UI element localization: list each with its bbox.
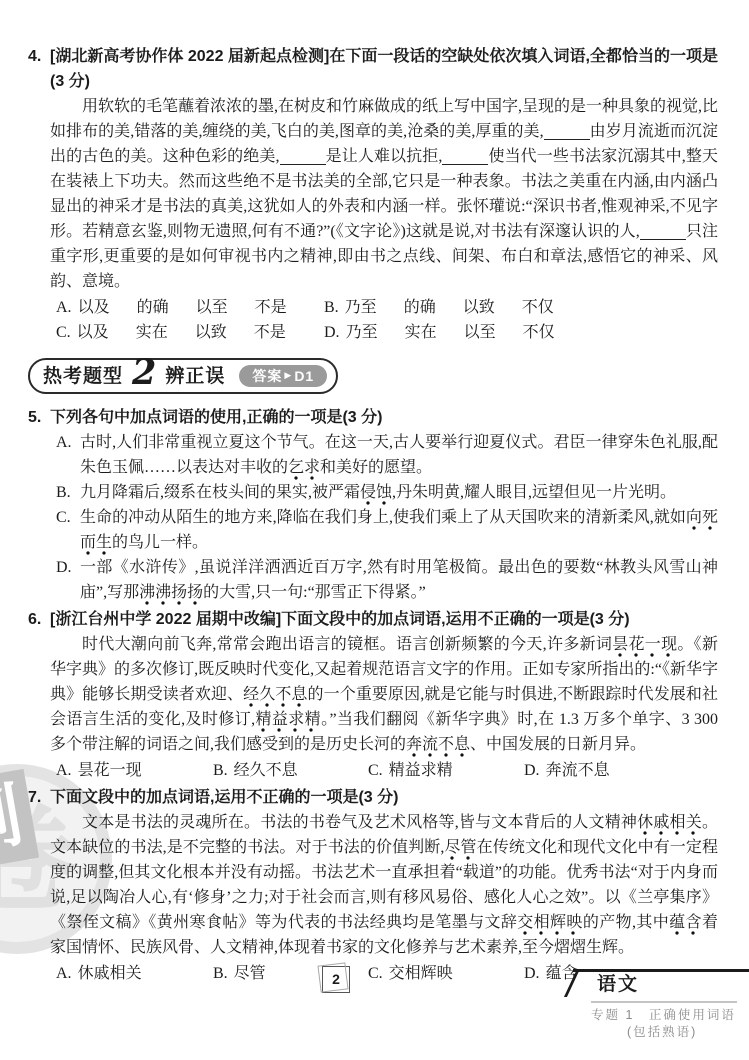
question-6: 6. [浙江台州中学 2022 届期中改编]下面文段中的加点词语,运用不正确的一… <box>30 607 718 783</box>
options-row: A.昙花一现 B.经久不息 C.精益求精 D.奔流不息 <box>56 758 718 783</box>
option-letter: C. <box>56 324 71 341</box>
choice-word: 以至 <box>464 320 496 345</box>
option-c: C.交相辉映 <box>368 961 524 986</box>
section-title: 辨正误 <box>165 367 225 386</box>
option-text: 奔流不息 <box>546 762 610 779</box>
option-b: B.九月降霜后,缀系在枝头间的果实,被严霜侵蚀,丹朱明黄,耀人眼目,远望但见一片… <box>56 480 718 505</box>
text-segment: 的鸟儿一样。 <box>112 534 208 551</box>
option-a: A.休戚相关 <box>56 961 213 986</box>
option-letter: C. <box>368 762 383 779</box>
section-number: 2 <box>132 359 156 387</box>
emphasized-word: 沸沸扬扬 <box>139 584 203 605</box>
footer-divider <box>591 1001 737 1003</box>
fill-in-blank <box>442 149 488 165</box>
text-segment: 时代大潮向前飞奔,常常会跑出语言的镜框。语言创新频繁的今天,许多新词 <box>82 636 612 653</box>
answer-badge-label: 答案 <box>252 368 282 385</box>
choice-word: 不是 <box>254 320 286 345</box>
fill-in-blank <box>640 224 686 240</box>
fill-in-blank <box>280 149 326 165</box>
text-segment: 生命的冲动从陌生的地方来,降临在我们身上,使我们乘上了从天国吹来的清新柔风,就如 <box>80 509 686 526</box>
question-number: 7. <box>28 785 41 810</box>
emphasized-word: 经久不息 <box>243 686 307 707</box>
choice-word: 不仅 <box>523 320 555 345</box>
subject-label: 语文 <box>597 974 639 995</box>
choice-word: 乃至 <box>345 295 377 320</box>
text-segment: 的产物,其中 <box>583 914 669 931</box>
footer-topic-sub: (包括熟语) <box>627 1024 749 1041</box>
option-b: B.乃至的确以致不仅 <box>324 295 718 320</box>
option-words: 以及的确以至不是 <box>78 295 287 320</box>
subject-tab: 语文 <box>573 969 749 1000</box>
option-letter: A. <box>56 430 72 455</box>
option-d: D.乃至实在以至不仅 <box>324 320 718 345</box>
option-text: 昙花一现 <box>78 762 142 779</box>
options-grid: A.以及的确以至不是 B.乃至的确以致不仅 C.以及实在以致不是 D.乃至实在以… <box>56 295 718 345</box>
text-segment: 是让人难以抗拒, <box>326 148 443 165</box>
question-stem: [浙江台州中学 2022 届期中改编]下面文段中的加点词语,运用不正确的一项是(… <box>50 607 718 632</box>
question-stem: 下面文段中的加点词语,运用不正确的一项是(3 分) <box>50 785 718 810</box>
answer-badge: 答案 ▶ D1 <box>239 365 327 388</box>
option-b: B.经久不息 <box>213 758 368 783</box>
choice-word: 以致 <box>463 295 495 320</box>
option-letter: D. <box>324 324 340 341</box>
question-stem: 下列各句中加点词语的使用,正确的一项是(3 分) <box>50 405 718 430</box>
emphasized-word: 蕴含 <box>669 914 702 935</box>
question-passage: 时代大潮向前飞奔,常常会跑出语言的镜框。语言创新频繁的今天,许多新词昙花一现。《… <box>50 632 718 757</box>
section-prefix: 热考题型 <box>43 367 123 386</box>
question-stem: [湖北新高考协作体 2022 届新起点检测]在下面一段话的空缺处依次填入词语,全… <box>50 44 718 94</box>
question-passage: 用软软的毛笔蘸着浓浓的墨,在树皮和竹麻做成的纸上写中国字,呈现的是一种具象的视觉… <box>50 94 718 294</box>
option-letter: A. <box>56 762 72 779</box>
option-letter: C. <box>56 505 71 530</box>
choice-word: 以及 <box>78 295 110 320</box>
question-number: 5. <box>28 405 41 430</box>
choice-word: 乃至 <box>346 320 378 345</box>
option-text: 一部《水浒传》,虽说洋洋洒洒近百万字,然有时用笔极简。最出色的要数“林教头风雪山… <box>80 559 718 605</box>
emphasized-word: 交相辉映 <box>517 914 583 935</box>
question-number: 6. <box>28 607 41 632</box>
option-letter: B. <box>213 762 228 779</box>
footer-topic: 专题 1 正确使用词语 <box>591 1007 749 1024</box>
option-a: A.以及的确以至不是 <box>56 295 324 320</box>
emphasized-word: 尽管 <box>444 839 476 860</box>
option-text: 交相辉映 <box>389 965 453 982</box>
emphasized-word: 精益求精 <box>255 711 321 732</box>
option-c: C.生命的冲动从陌生的地方来,降临在我们身上,使我们乘上了从天国吹来的清新柔风,… <box>56 505 718 555</box>
answer-badge-value: D1 <box>294 368 314 385</box>
option-letter: D. <box>56 555 72 580</box>
choice-word: 不仅 <box>522 295 554 320</box>
option-text: 休戚相关 <box>78 965 142 982</box>
option-letter: B. <box>56 480 71 505</box>
page-content: 4. [湖北新高考协作体 2022 届新起点检测]在下面一段话的空缺处依次填入词… <box>0 0 749 986</box>
choice-word: 以致 <box>195 320 227 345</box>
option-d: D.一部《水浒传》,虽说洋洋洒洒近百万字,然有时用笔极简。最出色的要数“林教头风… <box>56 555 718 605</box>
option-text: 经久不息 <box>234 762 298 779</box>
footer-subject-block: 语文 专题 1 正确使用词语 (包括熟语) <box>573 969 749 1041</box>
option-a: A.昙花一现 <box>56 758 213 783</box>
choice-word: 实在 <box>405 320 437 345</box>
page-number-box: 2 <box>322 966 350 993</box>
text-segment: 的大雪,只一句:“那雪正下得紧。” <box>203 584 426 601</box>
emphasized-word: 乞求 <box>288 459 320 480</box>
text-segment: 、中国发展的日新月异。 <box>470 736 646 753</box>
choice-word: 的确 <box>404 295 436 320</box>
text-segment: 九月降霜后,缀系在枝头间的果实,被严霜 <box>80 484 360 501</box>
emphasized-word: 侵蚀 <box>360 484 392 505</box>
option-letter: B. <box>213 965 228 982</box>
option-text: 生命的冲动从陌生的地方来,降临在我们身上,使我们乘上了从天国吹来的清新柔风,就如… <box>80 509 718 555</box>
option-text: 精益求精 <box>389 762 453 779</box>
option-a: A.古时,人们非常重视立夏这个节气。在这一天,古人要举行迎夏仪式。君臣一律穿朱色… <box>56 430 718 480</box>
option-letter: D. <box>524 965 540 982</box>
question-number: 4. <box>28 44 41 69</box>
option-letter: A. <box>56 299 72 316</box>
exam-page: 卷 刷 4. [湖北新高考协作体 2022 届新起点检测]在下面一段话的空缺处依… <box>0 0 749 1060</box>
section-header-box: 热考题型 2 辨正误 答案 ▶ D1 <box>28 358 338 394</box>
option-text: 古时,人们非常重视立夏这个节气。在这一天,古人要举行迎夏仪式。君臣一律穿朱色礼服… <box>80 434 718 480</box>
emphasized-word: 休戚相关 <box>637 814 702 835</box>
option-letter: B. <box>324 299 339 316</box>
text-segment: 和美好的愿望。 <box>320 459 432 476</box>
choice-word: 的确 <box>137 295 169 320</box>
option-words: 乃至实在以至不仅 <box>346 320 555 345</box>
question-4: 4. [湖北新高考协作体 2022 届新起点检测]在下面一段话的空缺处依次填入词… <box>30 44 718 345</box>
emphasized-word: 奔流不息 <box>406 736 470 757</box>
text-segment: 文本是书法的灵魂所在。书法的书卷气及艺术风格等,皆与文本背后的人文精神 <box>82 814 637 831</box>
option-words: 乃至的确以致不仅 <box>345 295 554 320</box>
choice-word: 不是 <box>255 295 287 320</box>
arrow-right-icon: ▶ <box>284 371 292 380</box>
text-segment: ,丹朱明黄,耀人眼目,远望但见一片光明。 <box>392 484 676 501</box>
option-text: 九月降霜后,缀系在枝头间的果实,被严霜侵蚀,丹朱明黄,耀人眼目,远望但见一片光明… <box>80 484 676 505</box>
option-text: 尽管 <box>234 965 266 982</box>
section-header: 热考题型 2 辨正误 答案 ▶ D1 <box>28 358 718 394</box>
option-c: C.以及实在以致不是 <box>56 320 324 345</box>
option-d: D.奔流不息 <box>524 758 718 783</box>
choice-word: 以至 <box>196 295 228 320</box>
option-letter: A. <box>56 965 72 982</box>
option-letter: D. <box>524 762 540 779</box>
emphasized-word: 昙花一现 <box>612 636 677 657</box>
choice-word: 以及 <box>77 320 109 345</box>
choice-word: 实在 <box>136 320 168 345</box>
question-5: 5. 下列各句中加点词语的使用,正确的一项是(3 分) A.古时,人们非常重视立… <box>30 405 718 605</box>
fill-in-blank <box>544 124 590 140</box>
option-words: 以及实在以致不是 <box>77 320 286 345</box>
question-passage: 文本是书法的灵魂所在。书法的书卷气及艺术风格等,皆与文本背后的人文精神休戚相关。… <box>50 810 718 960</box>
option-letter: C. <box>368 965 383 982</box>
question-7: 7. 下面文段中的加点词语,运用不正确的一项是(3 分) 文本是书法的灵魂所在。… <box>30 785 718 986</box>
option-c: C.精益求精 <box>368 758 524 783</box>
page-number: 2 <box>332 967 340 992</box>
